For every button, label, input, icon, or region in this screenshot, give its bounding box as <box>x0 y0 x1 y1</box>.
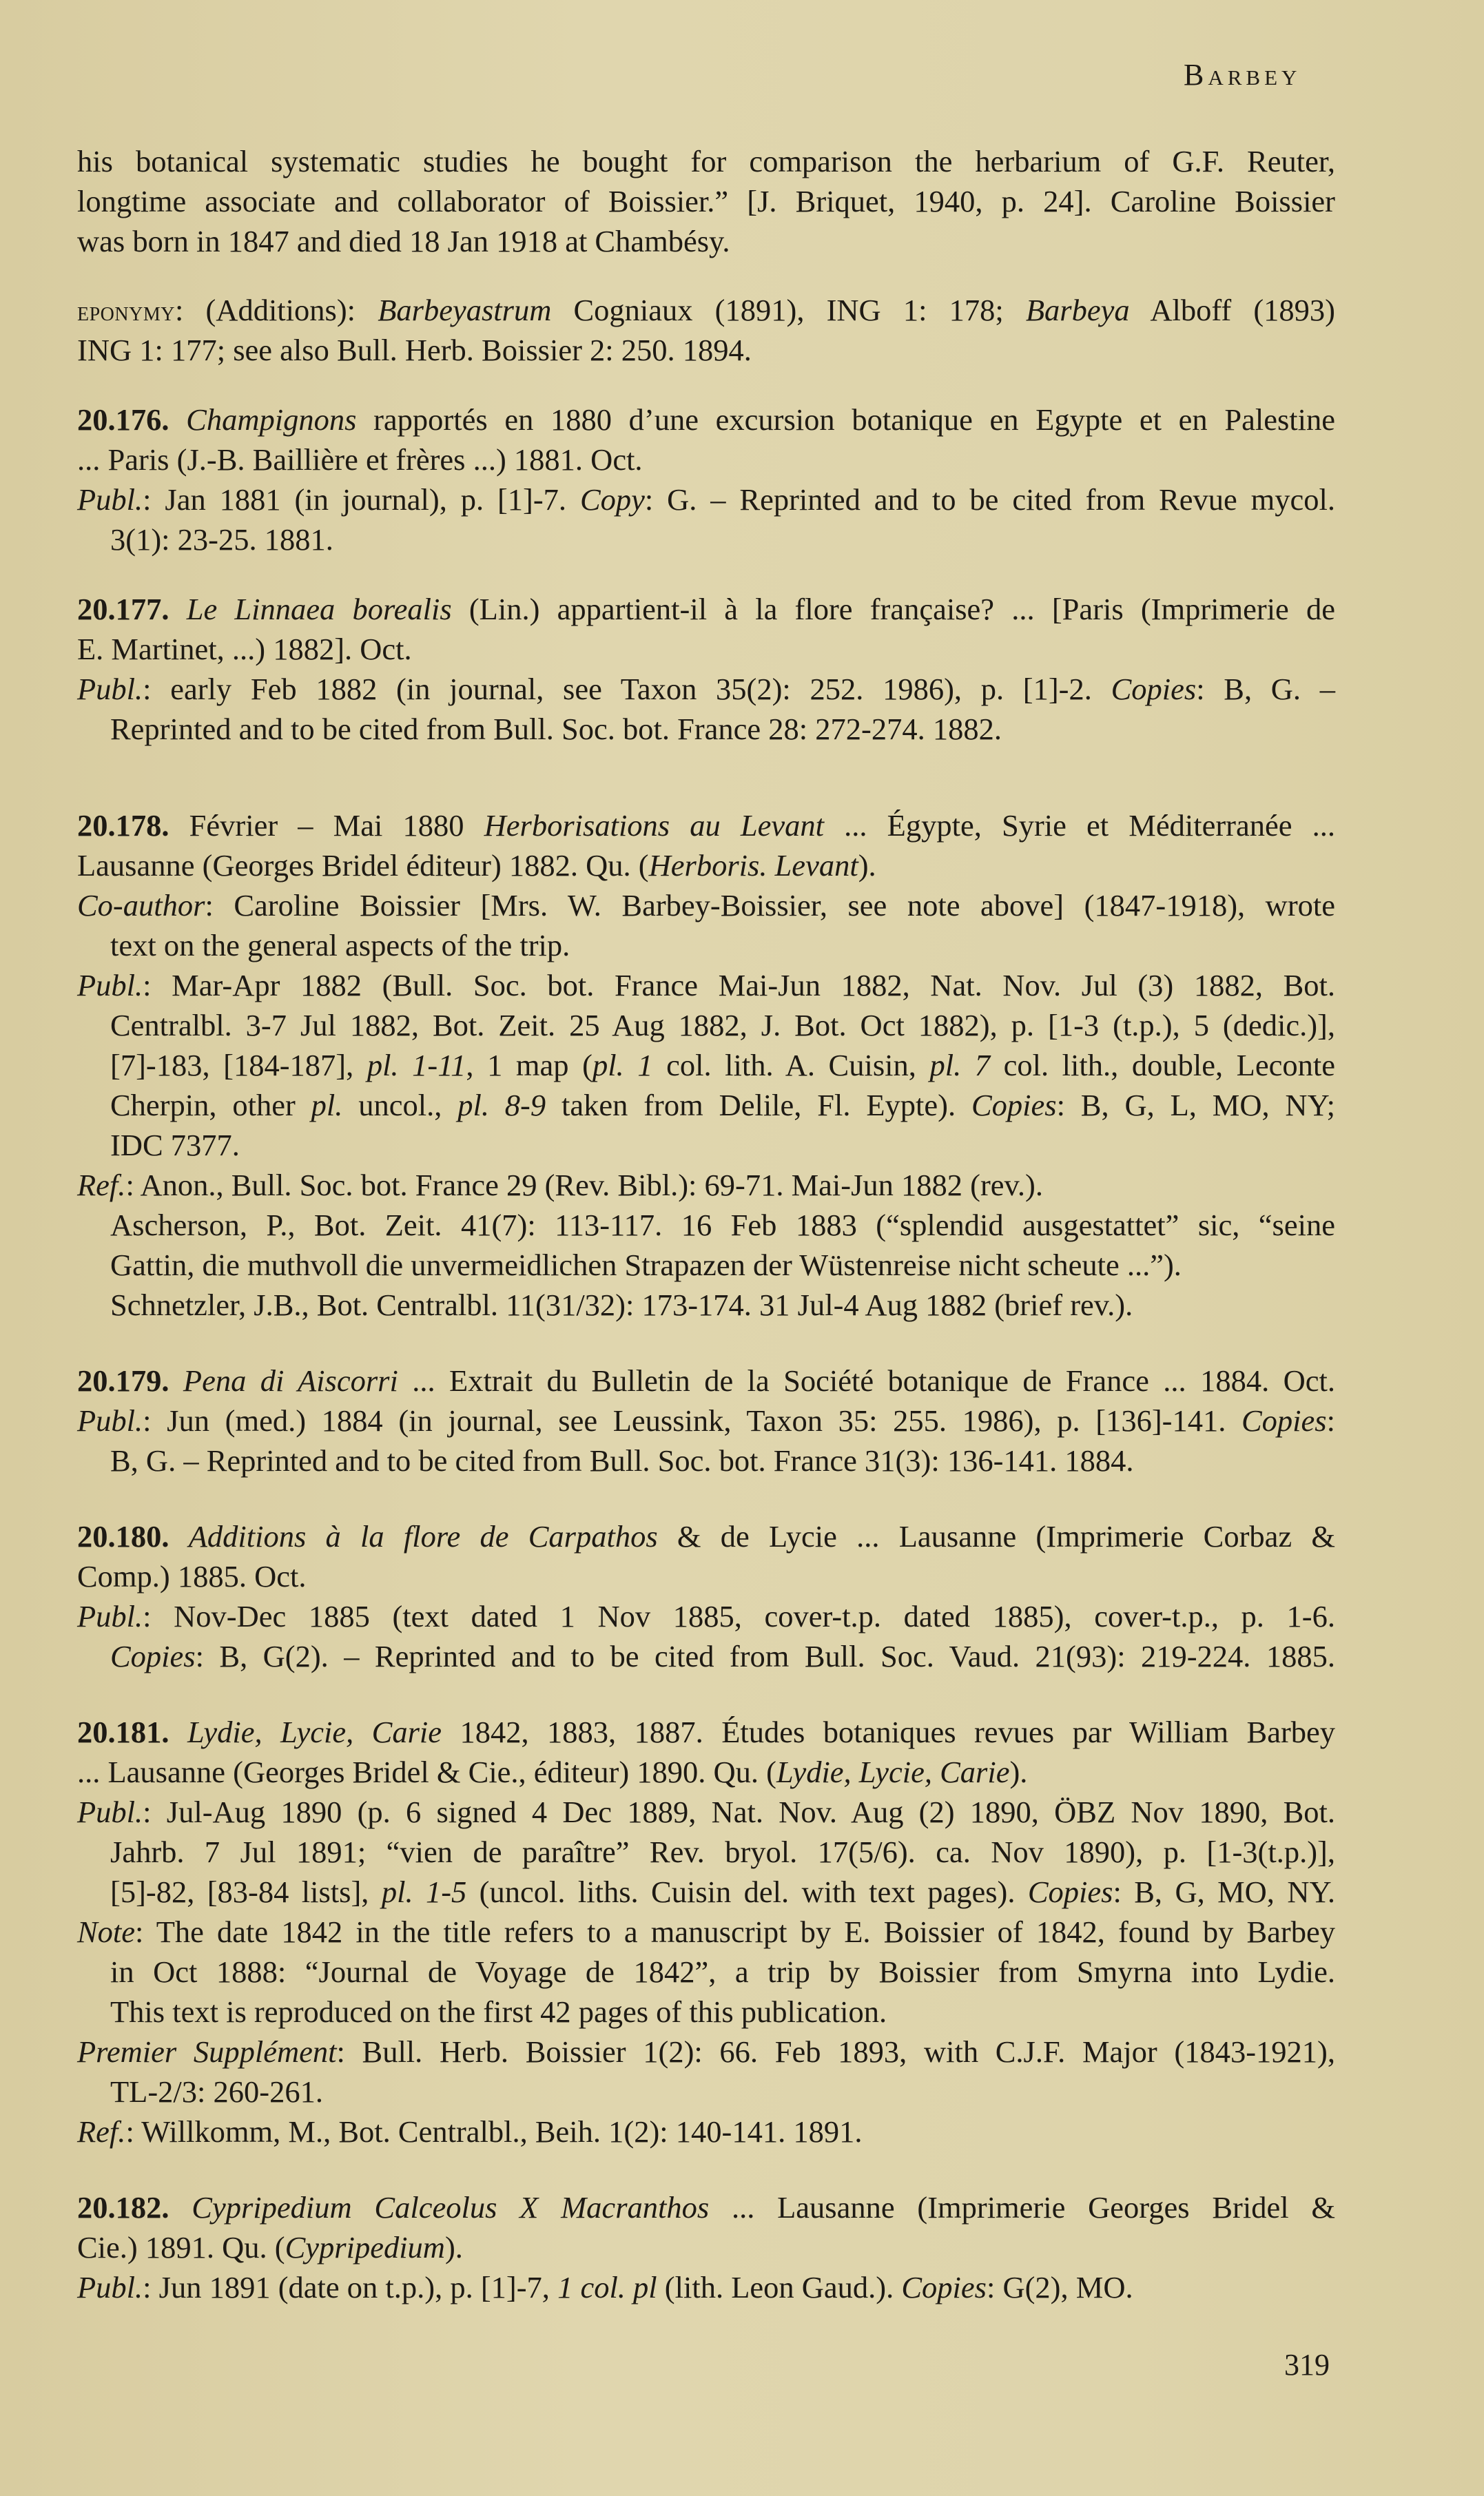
text-run: TL-2/3: 260-261. <box>110 2074 323 2109</box>
text-line: Publ.: Jul-Aug 1890 (p. 6 signed 4 Dec 1… <box>77 1792 1335 1832</box>
book-page: Barbey his botanical systematic studies … <box>0 0 1484 2496</box>
text-run: Comp.) 1885. Oct. <box>77 1559 307 1593</box>
text-run: This text is reproduced on the first 42 … <box>110 1994 887 2029</box>
small-caps-label: eponymy <box>77 296 175 327</box>
text-run: text on the general aspects of the trip. <box>110 928 570 962</box>
text-run: Cie.) 1891. Qu. ( <box>77 2230 285 2265</box>
text-run: Ascherson, P., Bot. Zeit. 41(7): 113-117… <box>110 1208 1335 1242</box>
entry-number: 20.180. <box>77 1519 189 1554</box>
italic-run: Publ. <box>77 968 143 1002</box>
text-run: col. lith. A. Cuisin, <box>653 1048 930 1082</box>
entry-number: 20.176. <box>77 402 186 437</box>
text-line: was born in 1847 and died 18 Jan 1918 at… <box>77 221 1335 261</box>
italic-run: pl. 1-5 <box>382 1875 466 1909</box>
page-number: 319 <box>1284 2348 1330 2382</box>
text-line: Publ.: Mar-Apr 1882 (Bull. Soc. bot. Fra… <box>77 965 1335 1005</box>
text-line: [7]-183, [184-187], pl. 1-11, 1 map (pl.… <box>110 1045 1335 1085</box>
text-run: : Willkomm, M., Bot. Centralbl., Beih. 1… <box>125 2114 862 2149</box>
text-run: ). <box>858 848 876 883</box>
italic-run: Note <box>77 1915 135 1949</box>
text-run: : Bull. Herb. Boissier 1(2): 66. Feb 189… <box>336 2034 1335 2069</box>
text-run: was born in 1847 and died 18 Jan 1918 at… <box>77 224 730 258</box>
text-run: ). <box>445 2230 463 2265</box>
text-run: ... Lausanne (Georges Bridel & Cie., édi… <box>77 1755 776 1789</box>
italic-run: Copies <box>1111 672 1197 706</box>
italic-run: Ref. <box>77 1168 125 1202</box>
text-run: Centralbl. 3-7 Jul 1882, Bot. Zeit. 25 A… <box>110 1008 1335 1042</box>
text-line: E. Martinet, ...) 1882]. Oct. <box>77 629 1335 669</box>
text-run: Jahrb. 7 Jul 1891; “vien de paraître” Re… <box>110 1835 1335 1869</box>
italic-run: Copies <box>1028 1875 1113 1909</box>
text-run: : early Feb 1882 (in journal, see Taxon … <box>143 672 1111 706</box>
italic-run: Lydie, Lycie, Carie <box>187 1715 442 1749</box>
text-run: : Anon., Bull. Soc. bot. France 29 (Rev.… <box>125 1168 1043 1202</box>
text-run: col. lith., double, Leconte <box>990 1048 1335 1082</box>
italic-run: Champignons <box>186 402 356 437</box>
text-run: Reprinted and to be cited from Bull. Soc… <box>110 712 1002 746</box>
text-run: : <box>1327 1403 1335 1438</box>
text-run: [7]-183, [184-187], <box>110 1048 367 1082</box>
text-line: in Oct 1888: “Journal de Voyage de 1842”… <box>110 1952 1335 1992</box>
text-line: Publ.: early Feb 1882 (in journal, see T… <box>77 669 1335 709</box>
text-run: in Oct 1888: “Journal de Voyage de 1842”… <box>110 1954 1335 1989</box>
italic-run: Publ. <box>77 2270 143 2304</box>
italic-run: Additions à la flore de Carpathos <box>189 1519 658 1554</box>
text-line: his botanical systematic studies he boug… <box>77 141 1335 181</box>
italic-run: Copies <box>110 1639 196 1673</box>
text-line: Centralbl. 3-7 Jul 1882, Bot. Zeit. 25 A… <box>110 1005 1335 1045</box>
text-run: uncol., <box>342 1088 457 1122</box>
text-run: : Caroline Boissier [Mrs. W. Barbey-Bois… <box>205 888 1335 922</box>
text-run: ... Égypte, Syrie et Méditerranée ... <box>824 808 1335 843</box>
italic-run: Copies <box>971 1088 1057 1122</box>
text-line: Publ.: Jun 1891 (date on t.p.), p. [1]-7… <box>77 2267 1335 2307</box>
entry-number: 20.177. <box>77 592 187 626</box>
text-line: Comp.) 1885. Oct. <box>77 1556 1335 1596</box>
text-line: 20.179. Pena di Aiscorri ... Extrait du … <box>77 1361 1335 1401</box>
text-line: ... Paris (J.-B. Baillière et frères ...… <box>77 440 1335 479</box>
italic-run: Lydie, Lycie, Carie <box>776 1755 1009 1789</box>
italic-run: Copies <box>1241 1403 1327 1438</box>
text-run: 1842, 1883, 1887. Études botaniques revu… <box>442 1715 1335 1749</box>
italic-run: pl. 1-11 <box>367 1048 466 1082</box>
text-run: [5]-82, [83-84 lists], <box>110 1875 382 1909</box>
entry-number: 20.179. <box>77 1363 183 1398</box>
text-line: Lausanne (Georges Bridel éditeur) 1882. … <box>77 845 1335 885</box>
text-run: , 1 map ( <box>466 1048 592 1082</box>
entry-number: 20.181. <box>77 1715 187 1749</box>
italic-run: 1 col. pl <box>557 2270 657 2304</box>
italic-run: pl. 1 <box>592 1048 653 1082</box>
text-line: Premier Supplément: Bull. Herb. Boissier… <box>77 2032 1335 2072</box>
text-line: 20.176. Champignons rapportés en 1880 d’… <box>77 400 1335 440</box>
text-run: longtime associate and collaborator of B… <box>77 184 1335 218</box>
italic-run: Publ. <box>77 1403 143 1438</box>
running-head: Barbey <box>1184 58 1301 92</box>
text-run: : Nov-Dec 1885 (text dated 1 Nov 1885, c… <box>143 1599 1335 1633</box>
text-line: text on the general aspects of the trip. <box>110 925 1335 965</box>
text-line: 20.181. Lydie, Lycie, Carie 1842, 1883, … <box>77 1712 1335 1752</box>
text-run: ... Lausanne (Imprimerie Georges Bridel … <box>709 2190 1335 2225</box>
text-line: Cie.) 1891. Qu. (Cypripedium). <box>77 2227 1335 2267</box>
text-line: ... Lausanne (Georges Bridel & Cie., édi… <box>77 1752 1335 1792</box>
italic-run: Cypripedium <box>285 2230 445 2265</box>
text-run: : Mar-Apr 1882 (Bull. Soc. bot. France M… <box>143 968 1335 1002</box>
text-run: B, G. – Reprinted and to be cited from B… <box>110 1443 1134 1478</box>
text-run: & de Lycie ... Lausanne (Imprimerie Corb… <box>658 1519 1335 1554</box>
text-run: ). <box>1009 1755 1027 1789</box>
italic-run: pl. 7 <box>929 1048 990 1082</box>
text-run: IDC 7377. <box>110 1128 240 1162</box>
text-run: : B, G, MO, NY. <box>1113 1875 1335 1909</box>
text-run: : Jun 1891 (date on t.p.), p. [1]-7, <box>143 2270 557 2304</box>
entry-number: 20.178. <box>77 808 189 843</box>
text-run: : (Additions): <box>175 293 378 327</box>
text-line: Ascherson, P., Bot. Zeit. 41(7): 113-117… <box>110 1205 1335 1245</box>
text-run: : G. – Reprinted and to be cited from Re… <box>645 482 1335 517</box>
italic-run: Herboris. Levant <box>649 848 858 883</box>
italic-run: Barbeyastrum <box>378 293 551 327</box>
text-line: Note: The date 1842 in the title refers … <box>77 1912 1335 1952</box>
italic-run: Copy <box>580 482 645 517</box>
text-run: Gattin, die muthvoll die unvermeidlichen… <box>110 1248 1182 1282</box>
text-run: E. Martinet, ...) 1882]. Oct. <box>77 632 412 666</box>
text-run: Cogniaux (1891), ING 1: 178; <box>551 293 1026 327</box>
text-run: : G(2), MO. <box>987 2270 1133 2304</box>
text-run: (Lin.) appartient-il à la flore français… <box>452 592 1335 626</box>
italic-run: Barbeya <box>1026 293 1130 327</box>
text-run: : Jan 1881 (in journal), p. [1]-7. <box>143 482 580 517</box>
text-run: Février – Mai 1880 <box>189 808 484 843</box>
italic-run: pl. <box>311 1088 343 1122</box>
italic-run: Cypripedium Calceolus X Macranthos <box>192 2190 709 2225</box>
text-line: 3(1): 23-25. 1881. <box>110 519 1335 559</box>
text-line: Schnetzler, J.B., Bot. Centralbl. 11(31/… <box>110 1285 1335 1325</box>
italic-run: Publ. <box>77 1795 143 1829</box>
italic-run: pl. 8-9 <box>457 1088 546 1122</box>
text-line: [5]-82, [83-84 lists], pl. 1-5 (uncol. l… <box>110 1872 1335 1912</box>
text-run: ING 1: 177; see also Bull. Herb. Boissie… <box>77 333 752 367</box>
italic-run: Pena di Aiscorri <box>183 1363 398 1398</box>
text-line: Publ.: Jan 1881 (in journal), p. [1]-7. … <box>77 479 1335 519</box>
text-line: 20.182. Cypripedium Calceolus X Macranth… <box>77 2187 1335 2227</box>
text-run: (lith. Leon Gaud.). <box>657 2270 902 2304</box>
text-line: This text is reproduced on the first 42 … <box>110 1992 1335 2032</box>
text-line: Ref.: Willkomm, M., Bot. Centralbl., Bei… <box>77 2112 1335 2152</box>
italic-run: Herborisations au Levant <box>484 808 824 843</box>
text-line: eponymy: (Additions): Barbeyastrum Cogni… <box>77 290 1335 330</box>
text-run: ... Paris (J.-B. Baillière et frères ...… <box>77 442 643 477</box>
text-run: : Jul-Aug 1890 (p. 6 signed 4 Dec 1889, … <box>143 1795 1335 1829</box>
text-line: 20.178. Février – Mai 1880 Herborisation… <box>77 805 1335 845</box>
italic-run: Copies <box>901 2270 987 2304</box>
text-line: B, G. – Reprinted and to be cited from B… <box>110 1441 1335 1481</box>
text-line: Jahrb. 7 Jul 1891; “vien de paraître” Re… <box>110 1832 1335 1872</box>
italic-run: Ref. <box>77 2114 125 2149</box>
text-line: IDC 7377. <box>110 1125 1335 1165</box>
text-line: Cherpin, other pl. uncol., pl. 8-9 taken… <box>110 1085 1335 1125</box>
text-line: Gattin, die muthvoll die unvermeidlichen… <box>110 1245 1335 1285</box>
text-run: : The date 1842 in the title refers to a… <box>135 1915 1335 1949</box>
text-run: : Jun (med.) 1884 (in journal, see Leuss… <box>143 1403 1241 1438</box>
text-run: ... Extrait du Bulletin de la Société bo… <box>398 1363 1335 1398</box>
text-line: 20.177. Le Linnaea borealis (Lin.) appar… <box>77 589 1335 629</box>
text-line: Publ.: Jun (med.) 1884 (in journal, see … <box>77 1401 1335 1441</box>
text-run: Cherpin, other <box>110 1088 311 1122</box>
text-run: his botanical systematic studies he boug… <box>77 144 1335 178</box>
text-line: TL-2/3: 260-261. <box>110 2072 1335 2112</box>
text-line: longtime associate and collaborator of B… <box>77 181 1335 221</box>
text-run: 3(1): 23-25. 1881. <box>110 522 333 557</box>
italic-run: Publ. <box>77 482 143 517</box>
text-run: taken from Delile, Fl. Eypte). <box>546 1088 971 1122</box>
text-run: : B, G, L, MO, NY; <box>1057 1088 1335 1122</box>
text-run: : B, G. – <box>1196 672 1335 706</box>
text-line: Reprinted and to be cited from Bull. Soc… <box>110 709 1335 749</box>
italic-run: Publ. <box>77 1599 143 1633</box>
text-run: Schnetzler, J.B., Bot. Centralbl. 11(31/… <box>110 1288 1133 1322</box>
text-run: Alboff (1893) <box>1130 293 1335 327</box>
italic-run: Co-author <box>77 888 205 922</box>
italic-run: Publ. <box>77 672 143 706</box>
italic-run: Le Linnaea borealis <box>187 592 452 626</box>
text-line: ING 1: 177; see also Bull. Herb. Boissie… <box>77 330 1335 370</box>
text-run: rapportés en 1880 d’une excursion botani… <box>356 402 1335 437</box>
text-run: Lausanne (Georges Bridel éditeur) 1882. … <box>77 848 649 883</box>
text-line: Ref.: Anon., Bull. Soc. bot. France 29 (… <box>77 1165 1335 1205</box>
text-line: Publ.: Nov-Dec 1885 (text dated 1 Nov 18… <box>77 1596 1335 1636</box>
text-line: Co-author: Caroline Boissier [Mrs. W. Ba… <box>77 885 1335 925</box>
text-line: 20.180. Additions à la flore de Carpatho… <box>77 1516 1335 1556</box>
text-line: Copies: B, G(2). – Reprinted and to be c… <box>110 1636 1335 1676</box>
italic-run: Premier Supplément <box>77 2034 336 2069</box>
entry-number: 20.182. <box>77 2190 192 2225</box>
text-run: (uncol. liths. Cuisin del. with text pag… <box>466 1875 1028 1909</box>
text-run: : B, G(2). – Reprinted and to be cited f… <box>196 1639 1335 1673</box>
